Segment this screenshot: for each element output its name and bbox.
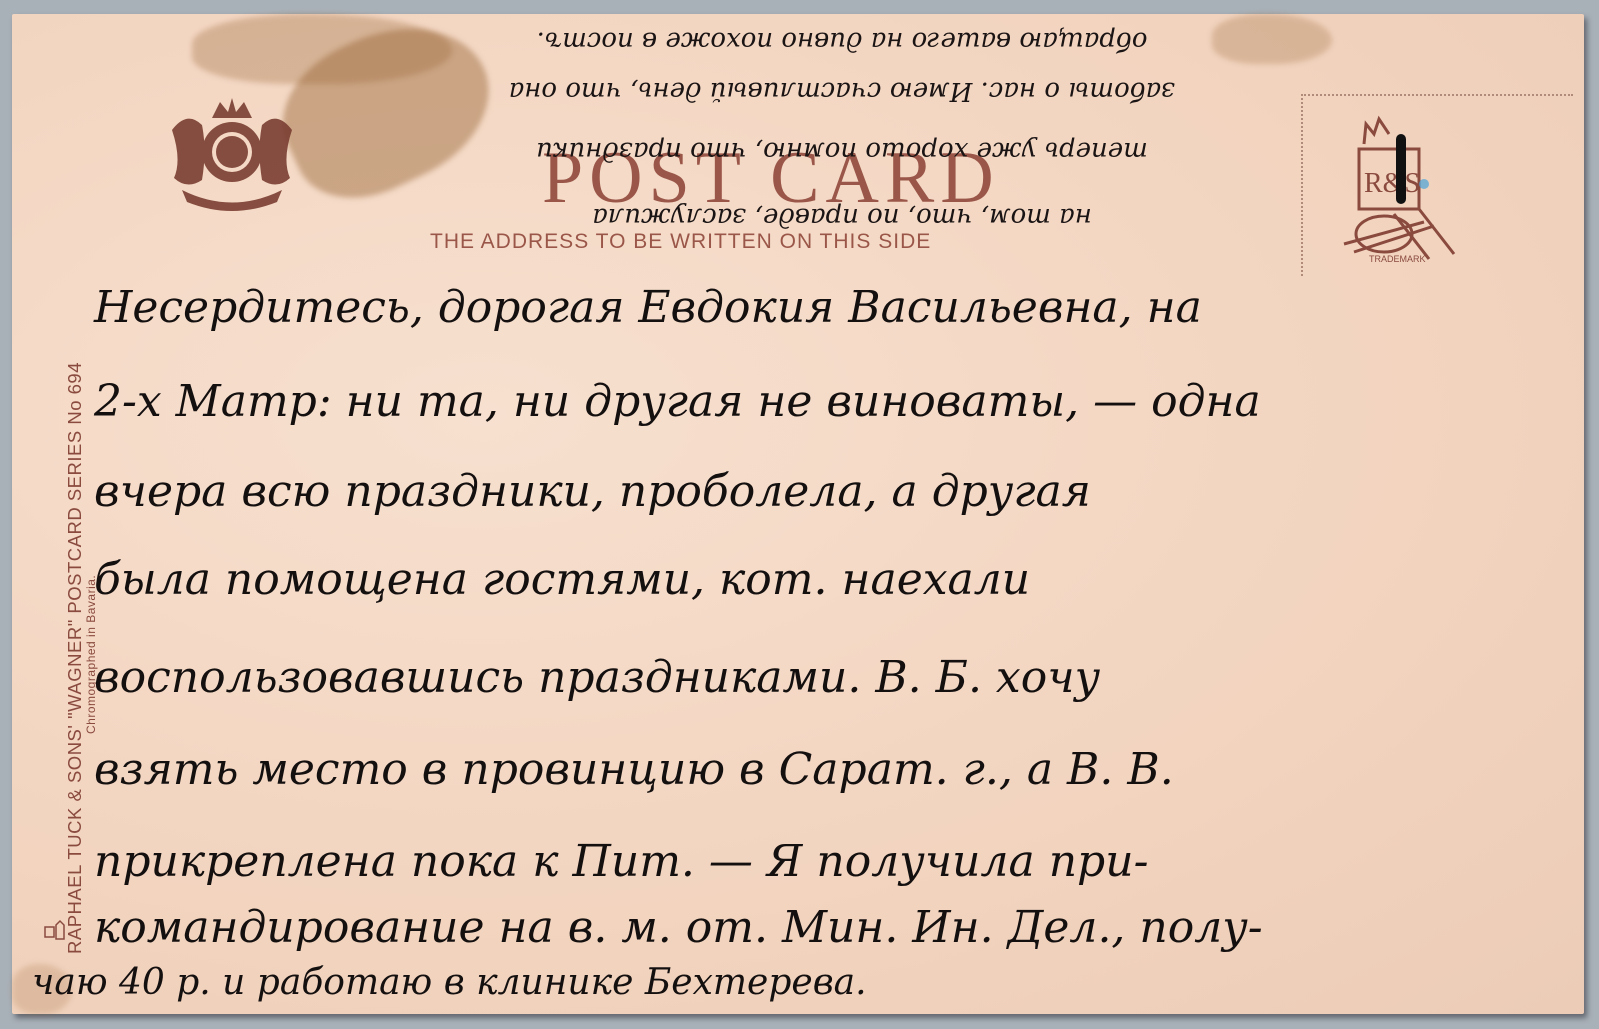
publisher-line: RAPHAEL TUCK & SONS' "WAGNER" POSTCARD S…: [64, 362, 86, 954]
handwriting-line-2: 2-х Матр: ни та, ни другая не виноваты, …: [94, 376, 1261, 427]
handwriting-line-1: Несердитесь, дорогая Евдокия Васильевна,…: [94, 282, 1202, 333]
handwriting-upside-line-4: на том, что, по правде, заслужила: [132, 202, 1552, 232]
handwriting-upside-line-1: обращаю вашего на дивно похоже в постъ.: [132, 26, 1552, 56]
handwriting-upside-line-2: заботы о нас. Имею счастливый день, что …: [132, 76, 1552, 106]
handwriting-line-4: была помощена гостями, кот. наехали: [94, 554, 1030, 605]
handwriting-line-6: взять место в провинцию в Сарат. г., а В…: [94, 744, 1174, 795]
handwriting-line-7: прикреплена пока к Пит. — Я получила при…: [94, 836, 1148, 887]
svg-text:TRADEMARK: TRADEMARK: [1369, 254, 1426, 264]
handwriting-line-3: вчера всю праздники, проболела, а другая: [94, 466, 1091, 517]
svg-text:R&S: R&S: [1364, 168, 1420, 199]
handwriting-upside-line-3: теперь уже хорошо помню, что праздники: [132, 136, 1552, 166]
handwriting-line-5: воспользовавшись праздниками. В. Б. хочу: [94, 652, 1100, 703]
handwriting-line-8: командирование на в. м. от. Мин. Ин. Дел…: [94, 902, 1263, 953]
tuck-small-emblem-icon: [42, 919, 68, 945]
handwriting-line-9: чаю 40 р. и работаю в клинике Бехтерева.: [32, 962, 867, 1003]
address-instruction: THE ADDRESS TO BE WRITTEN ON THIS SIDE: [430, 230, 931, 254]
postcard: POST CARD THE ADDRESS TO BE WRITTEN ON T…: [12, 14, 1584, 1014]
